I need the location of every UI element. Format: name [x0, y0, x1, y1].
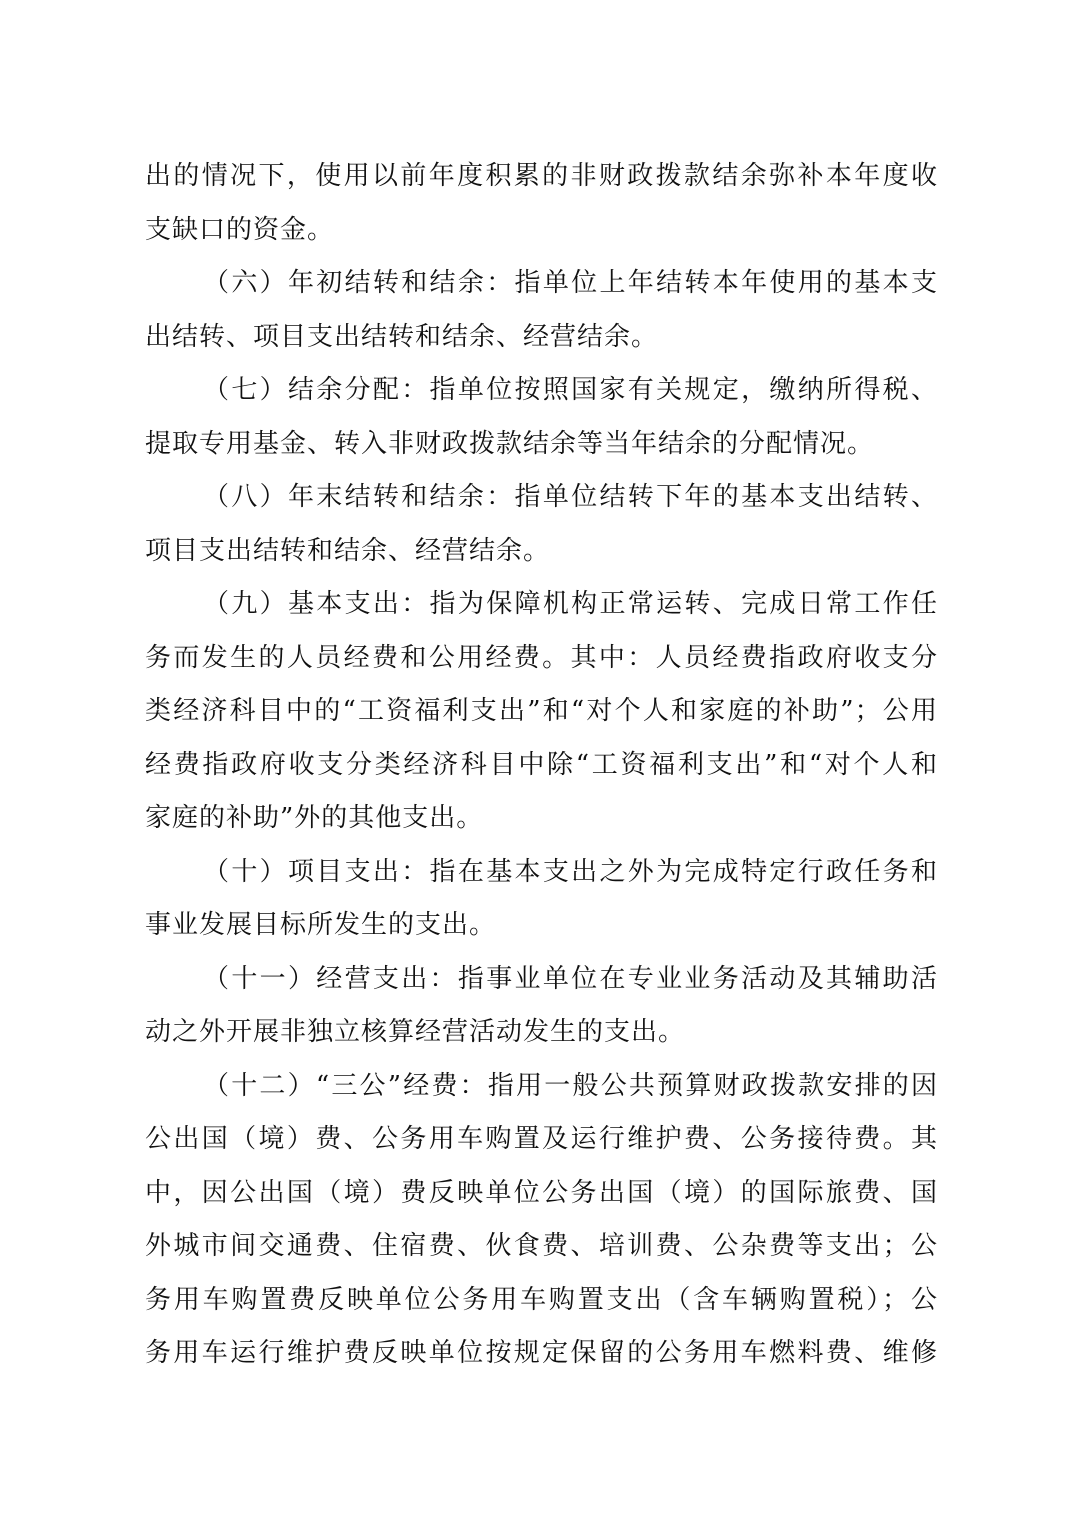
text-line: （十一）经营支出：指事业单位在专业业务活动及其辅助活 [145, 953, 938, 1007]
text-line: 务而发生的人员经费和公用经费。其中：人员经费指政府收支分 [145, 632, 938, 686]
text-line: 动之外开展非独立核算经营活动发生的支出。 [145, 1006, 938, 1060]
text-line: 公出国（境）费、公务用车购置及运行维护费、公务接待费。其 [145, 1113, 938, 1167]
text-line: 外城市间交通费、住宿费、伙食费、培训费、公杂费等支出；公 [145, 1220, 938, 1274]
text-line: （八）年末结转和结余：指单位结转下年的基本支出结转、 [145, 471, 938, 525]
text-line: 提取专用基金、转入非财政拨款结余等当年结余的分配情况。 [145, 418, 938, 472]
text-line: 出结转、项目支出结转和结余、经营结余。 [145, 311, 938, 365]
text-line: 出的情况下，使用以前年度积累的非财政拨款结余弥补本年度收 [145, 150, 938, 204]
text-line: 务用车运行维护费反映单位按规定保留的公务用车燃料费、维修 [145, 1327, 938, 1381]
text-line: 家庭的补助”外的其他支出。 [145, 792, 938, 846]
text-line: （九）基本支出：指为保障机构正常运转、完成日常工作任 [145, 578, 938, 632]
text-line: 事业发展目标所发生的支出。 [145, 899, 938, 953]
text-line: 支缺口的资金。 [145, 204, 938, 258]
text-line: （六）年初结转和结余：指单位上年结转本年使用的基本支 [145, 257, 938, 311]
text-block: 出的情况下，使用以前年度积累的非财政拨款结余弥补本年度收支缺口的资金。（六）年初… [145, 150, 938, 1381]
text-line: 类经济科目中的“工资福利支出”和“对个人和家庭的补助”；公用 [145, 685, 938, 739]
text-line: 务用车购置费反映单位公务用车购置支出（含车辆购置税）；公 [145, 1274, 938, 1328]
text-line: （七）结余分配：指单位按照国家有关规定，缴纳所得税、 [145, 364, 938, 418]
text-line: 项目支出结转和结余、经营结余。 [145, 525, 938, 579]
document-page: 出的情况下，使用以前年度积累的非财政拨款结余弥补本年度收支缺口的资金。（六）年初… [0, 0, 1074, 1520]
text-line: 中，因公出国（境）费反映单位公务出国（境）的国际旅费、国 [145, 1167, 938, 1221]
text-line: （十）项目支出：指在基本支出之外为完成特定行政任务和 [145, 846, 938, 900]
text-line: （十二）“三公”经费：指用一般公共预算财政拨款安排的因 [145, 1060, 938, 1114]
text-line: 经费指政府收支分类经济科目中除“工资福利支出”和“对个人和 [145, 739, 938, 793]
